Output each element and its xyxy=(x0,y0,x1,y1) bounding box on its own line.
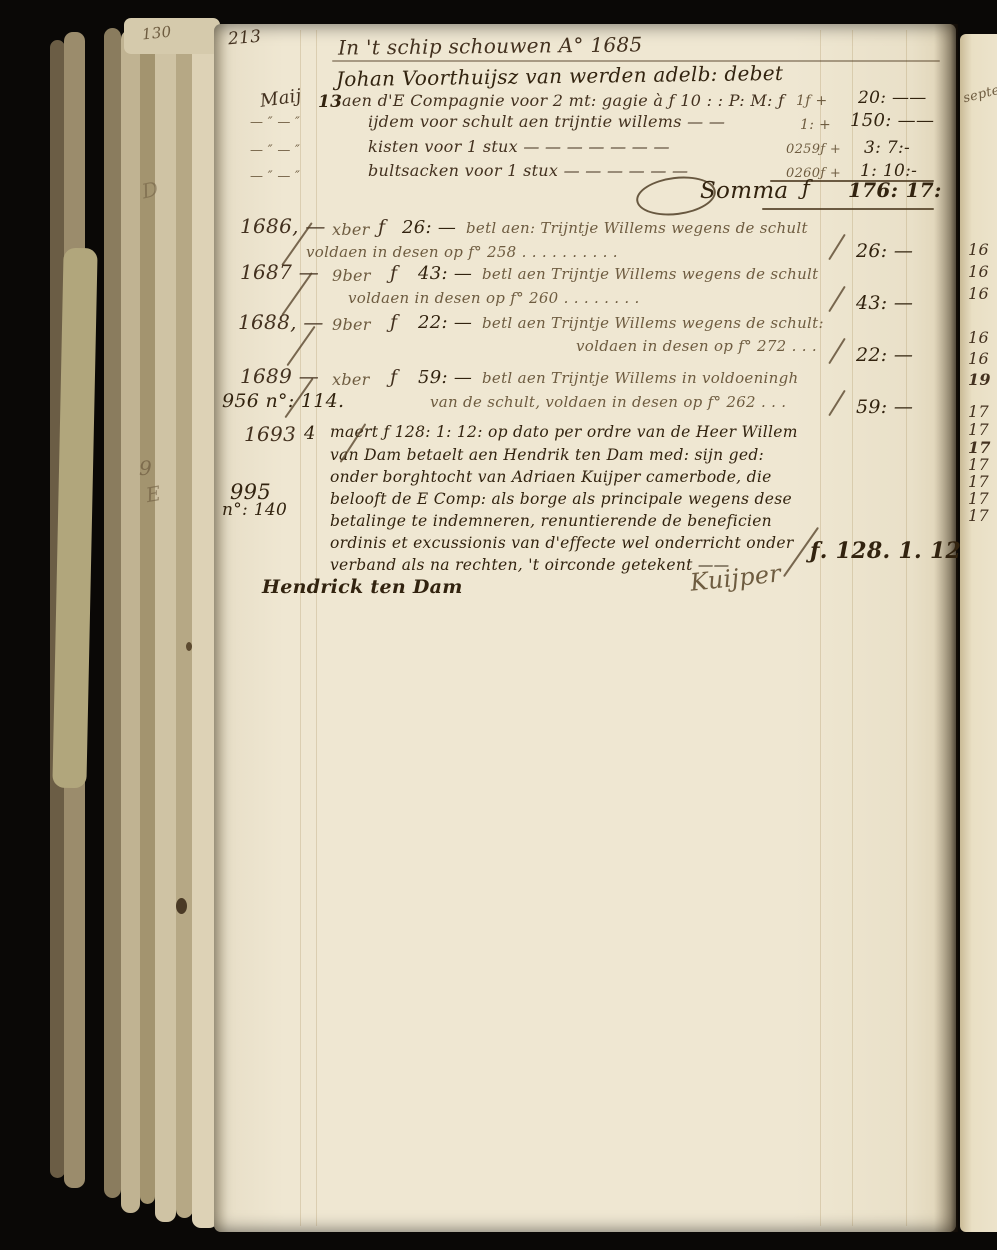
facing-year-fragment: 17 xyxy=(968,457,989,473)
ledger-title: In 't schip schouwen A° 1685 xyxy=(338,34,643,57)
fold-shadow xyxy=(934,24,958,1232)
final-entry-line: van Dam betaelt aen Hendrik ten Dam med:… xyxy=(330,448,764,464)
facing-year-fragment: 16 xyxy=(968,330,989,346)
facing-year-fragment: 17 xyxy=(968,422,989,438)
settlement-month: xber xyxy=(332,372,370,388)
stack-page-number: 130 xyxy=(141,24,172,42)
page-edge-strip xyxy=(121,30,140,1213)
settlement-text: voldaen in desen op f° 272 . . . xyxy=(576,339,817,354)
settlement-currency: ƒ xyxy=(390,313,397,332)
amount-value: 3: 7:- xyxy=(864,140,910,157)
manuscript-scan: D 9 E 130 213 In 't schip schouwen A° 16… xyxy=(0,0,997,1250)
final-entry-day: 4 xyxy=(304,425,316,443)
settlement-sum: 59: — xyxy=(418,369,472,387)
settlement-sum: 22: — xyxy=(418,314,472,332)
entry-description: bultsacken voor 1 stux — — — — — — xyxy=(368,163,688,179)
final-amount: ƒ. 128. 1. 12 xyxy=(810,540,961,562)
account-heading: Johan Voorthuijsz van werden adelb: debe… xyxy=(336,63,783,89)
title-underline xyxy=(332,60,940,62)
ink-blot xyxy=(186,642,192,651)
folio-number: 213 xyxy=(227,29,262,49)
somma-amount: 176: 17: xyxy=(848,180,942,200)
page-edge-strip xyxy=(104,28,121,1198)
settlement-amount: 22: — xyxy=(856,346,913,365)
settlement-text: betl aen Trijntje Willems in voldoeningh xyxy=(482,371,798,386)
ditto-marks: — ″ — ″ xyxy=(250,170,300,183)
facing-page xyxy=(960,34,997,1232)
facing-year-fragment: 16 xyxy=(968,242,989,258)
facing-year-fragment: 16 xyxy=(968,286,989,302)
entry-description: aen d'E Compagnie voor 2 mt: gagie à ƒ 1… xyxy=(342,93,784,109)
settlement-amount: 59: — xyxy=(856,398,913,417)
somma-label: Somma xyxy=(700,180,788,203)
settlement-amount: 26: — xyxy=(856,242,913,261)
folio-ref: 1: + xyxy=(800,118,831,132)
somma-currency: ƒ xyxy=(802,178,810,199)
facing-year-fragment: 17 xyxy=(968,508,989,524)
settlement-sum: 26: — xyxy=(402,219,456,237)
edge-mark: 9 xyxy=(139,458,152,478)
folio-ref: 0260ƒ + xyxy=(786,167,841,180)
final-entry-year: 1693 xyxy=(244,424,296,444)
settlement-text: betl aen: Trijntje Willems wegens de sch… xyxy=(466,221,808,236)
settlement-currency: ƒ xyxy=(390,264,397,283)
final-entry-line: ordinis et excussionis van d'effecte wel… xyxy=(330,536,794,552)
amount-value: 150: —— xyxy=(850,112,934,130)
settlement-currency: ƒ xyxy=(390,368,397,387)
column-rule xyxy=(300,30,301,1226)
ditto-marks: — ″ — ″ xyxy=(250,144,300,157)
page-edge-strip xyxy=(176,25,193,1218)
ditto-marks: — ″ — ″ xyxy=(250,116,300,129)
edge-mark: E xyxy=(144,483,162,505)
final-entry-line: verband als na rechten, 't oirconde gete… xyxy=(330,558,729,574)
ledger-page xyxy=(214,24,956,1232)
facing-year-fragment: 17 xyxy=(968,404,989,420)
facing-year-fragment: 17 xyxy=(968,440,991,456)
final-entry-line: onder borghtocht van Adriaen Kuijper cam… xyxy=(330,470,772,486)
entry-description: ijdem voor schult aen trijntie willems —… xyxy=(368,114,725,130)
amount-value: 20: —— xyxy=(858,90,927,107)
final-entry-margin-ref: n°: 140 xyxy=(222,502,287,519)
settlement-text: voldaen in desen op f° 260 . . . . . . .… xyxy=(348,291,640,306)
somma-rule-bottom xyxy=(762,208,934,210)
ink-blot xyxy=(176,898,187,914)
settlement-month: xber xyxy=(332,222,370,238)
entry-description: kisten voor 1 stux — — — — — — — xyxy=(368,139,670,155)
folio-ref: 1ƒ + xyxy=(796,94,827,108)
settlement-text: voldaen in desen op f° 258 . . . . . . .… xyxy=(306,245,618,260)
final-entry-line: betalinge te indemneren, renuntierende d… xyxy=(330,514,772,530)
facing-year-fragment: 16 xyxy=(968,264,989,280)
column-rule xyxy=(316,30,317,1226)
settlement-month: 9ber xyxy=(332,268,371,284)
final-entry-line: belooft de E Comp: als borge als princip… xyxy=(330,492,792,508)
facing-year-fragment: 19 xyxy=(968,372,991,388)
signatory-name: Hendrick ten Dam xyxy=(262,578,463,597)
page-edge-strip xyxy=(155,28,176,1222)
settlement-text: betl aen Trijntje Willems wegens de schu… xyxy=(482,267,818,282)
settlement-year: 1686, — xyxy=(240,216,326,236)
facing-year-fragment: 17 xyxy=(968,491,989,507)
settlement-text: betl aen Trijntje Willems wegens de schu… xyxy=(482,316,824,331)
folio-ref: 0259ƒ + xyxy=(786,143,841,156)
settlement-amount: 43: — xyxy=(856,294,913,313)
final-entry-line: maert ƒ 128: 1: 12: op dato per ordre va… xyxy=(330,425,798,441)
day-value: 13 xyxy=(318,94,342,111)
facing-year-fragment: 17 xyxy=(968,474,989,490)
settlement-month: 9ber xyxy=(332,317,371,333)
settlement-margin-ref: 956 n°: 114. xyxy=(222,392,344,411)
settlement-currency: ƒ xyxy=(378,218,385,237)
settlement-sum: 43: — xyxy=(418,265,472,283)
facing-year-fragment: 16 xyxy=(968,351,989,367)
settlement-text: van de schult, voldaen in desen op f° 26… xyxy=(430,395,786,410)
